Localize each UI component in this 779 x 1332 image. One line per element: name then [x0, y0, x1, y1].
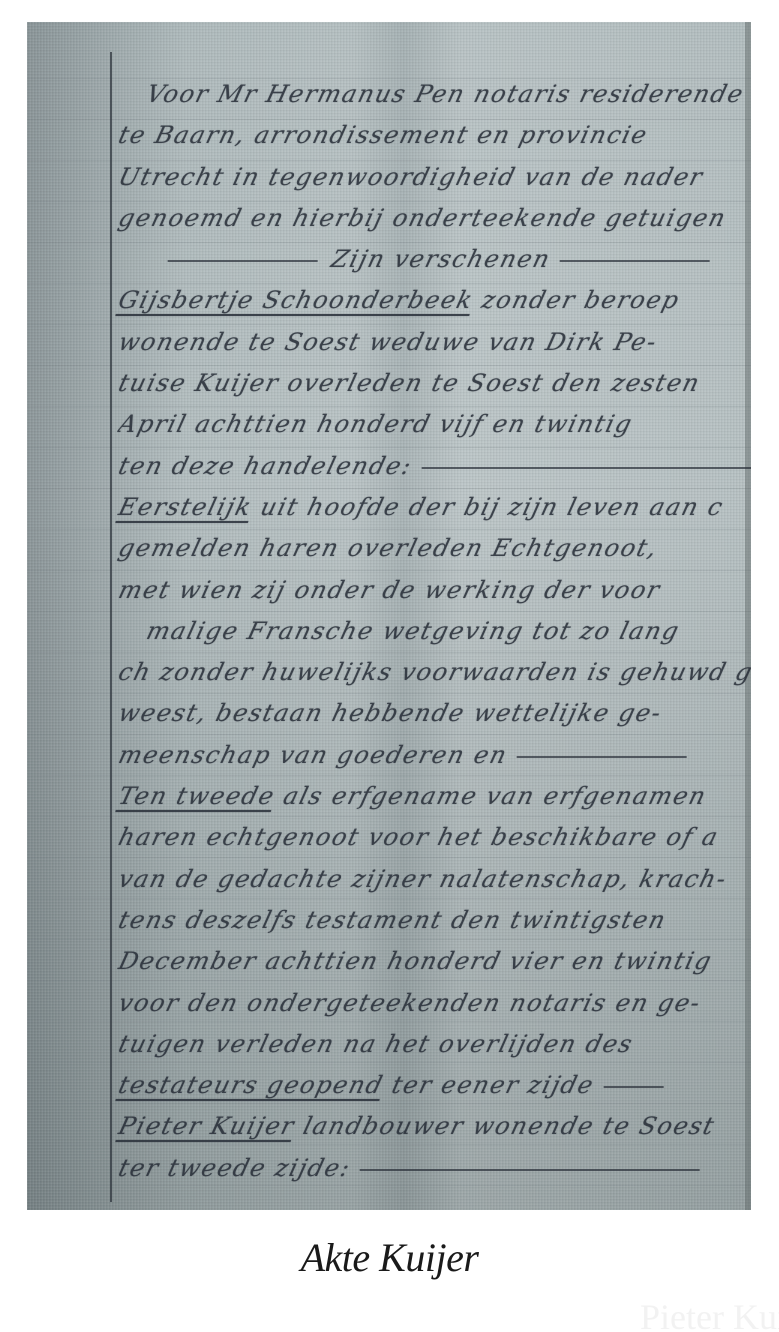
handwritten-line: voor den ondergeteekenden notaris en ge- [114, 983, 751, 1024]
margin-rule [110, 52, 112, 1202]
handwritten-line: weest, bestaan hebbende wettelijke ge- [114, 693, 751, 734]
line-rest: uit hoofde der bij zijn leven aan c [248, 493, 727, 521]
handwritten-line: tuigen verleden na het overlijden des [114, 1024, 751, 1065]
handwritten-line: van de gedachte zijner nalatenschap, kra… [114, 859, 751, 900]
handwritten-line: te Baarn, arrondissement en provincie [114, 115, 751, 156]
handwritten-line: Voor Mr Hermanus Pen notaris residerende [114, 74, 751, 115]
handwritten-line: haren echtgenoot voor het beschikbare of… [114, 817, 751, 858]
handwritten-line: malige Fransche wetgeving tot zo lang [114, 611, 751, 652]
line-rest: landbouwer wonende te Soest [291, 1112, 718, 1140]
handwritten-text: Voor Mr Hermanus Pen notaris residerende… [119, 74, 751, 1189]
line-rest: als erfgename van erfgenamen [271, 782, 710, 810]
line-rest: zonder beroep [470, 286, 683, 314]
document-photo: Voor Mr Hermanus Pen notaris residerende… [27, 22, 751, 1210]
handwritten-line: Utrecht in tegenwoordigheid van de nader [114, 157, 751, 198]
figure-caption: Akte Kuijer [0, 1234, 779, 1281]
handwritten-line: gemelden haren overleden Echtgenoot, [114, 528, 751, 569]
handwritten-line: ten deze handelende: [114, 446, 751, 487]
ruled-line [422, 466, 751, 468]
ruled-line [517, 755, 687, 757]
handwritten-line: ch zonder huwelijks voorwaarden is gehuw… [114, 652, 751, 693]
line-text: ter tweede zijde: [116, 1154, 354, 1182]
handwritten-line: Ten tweede als erfgename van erfgenamen [114, 776, 751, 817]
handwritten-heading: Zijn verschenen [114, 239, 751, 280]
ruled-line [604, 1086, 664, 1088]
underlined-name: Pieter Kuijer [116, 1112, 298, 1140]
handwritten-line: meenschap van goederen en [114, 735, 751, 776]
handwritten-line: Gijsbertje Schoonderbeek zonder beroep [114, 280, 751, 321]
handwritten-line: testateurs geopend ter eener zijde [114, 1065, 751, 1106]
handwritten-line: met wien zij onder de werking der voor [114, 570, 751, 611]
bleed-through-text: Pieter Kuijer en de nalatenschap van [640, 1296, 779, 1332]
handwritten-line: tens deszelfs testament den twintigsten [114, 900, 751, 941]
handwritten-line: ter tweede zijde: [114, 1148, 751, 1189]
underlined-word: Ten tweede [116, 782, 279, 810]
line-rest: ter eener zijde [380, 1071, 598, 1099]
handwritten-line: wonende te Soest weduwe van Dirk Pe- [114, 322, 751, 363]
underlined-word: testateurs geopend [116, 1071, 387, 1099]
ruled-line [360, 1168, 700, 1170]
handwritten-line: Pieter Kuijer landbouwer wonende te Soes… [114, 1106, 751, 1147]
ruled-line [167, 260, 317, 262]
line-text: meenschap van goederen en [116, 741, 511, 769]
handwritten-line: Eerstelijk uit hoofde der bij zijn leven… [114, 487, 751, 528]
ruled-line [560, 260, 710, 262]
underlined-word: Eerstelijk [116, 493, 256, 521]
heading-text: Zijn verschenen [328, 245, 554, 273]
handwritten-line: December achttien honderd vier en twinti… [114, 941, 751, 982]
underlined-name: Gijsbertje Schoonderbeek [116, 286, 477, 314]
line-text: ten deze handelende: [116, 452, 416, 480]
handwritten-line: April achttien honderd vijf en twintig [114, 404, 751, 445]
handwritten-line: genoemd en hierbij onderteekende getuige… [114, 198, 751, 239]
handwritten-line: tuise Kuijer overleden te Soest den zest… [114, 363, 751, 404]
